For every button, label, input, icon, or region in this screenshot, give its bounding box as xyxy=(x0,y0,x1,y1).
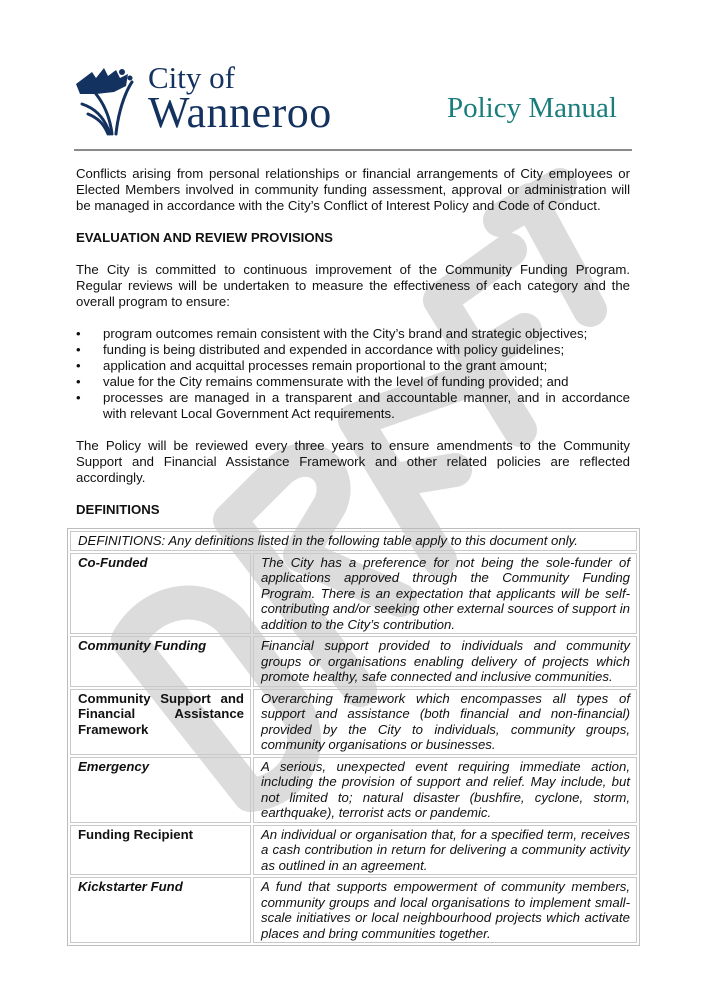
list-item: •program outcomes remain consistent with… xyxy=(76,326,630,342)
document-body: Conflicts arising from personal relation… xyxy=(76,166,630,534)
page-header: City of Wanneroo Policy Manual xyxy=(0,0,706,152)
bullet-icon: • xyxy=(76,326,81,342)
bullet-icon: • xyxy=(76,358,81,374)
definition-term: Funding Recipient xyxy=(70,825,251,876)
list-item: •application and acquittal processes rem… xyxy=(76,358,630,374)
evaluation-paragraph: The City is committed to continuous impr… xyxy=(76,262,630,310)
definition-term: Co-Funded xyxy=(70,553,251,635)
document-title: Policy Manual xyxy=(447,92,617,124)
definition-term: Emergency xyxy=(70,757,251,823)
review-paragraph: The Policy will be reviewed every three … xyxy=(76,438,630,486)
kangaroo-paw-icon xyxy=(74,64,138,136)
conflicts-paragraph: Conflicts arising from personal relation… xyxy=(76,166,630,214)
bullet-icon: • xyxy=(76,374,81,390)
table-caption: DEFINITIONS: Any definitions listed in t… xyxy=(70,531,637,551)
definition-text: A fund that supports empowerment of comm… xyxy=(253,877,637,943)
list-item: •processes are managed in a transparent … xyxy=(76,390,630,422)
table-row: Community Support and Financial Assistan… xyxy=(70,689,637,755)
definition-text: A serious, unexpected event requiring im… xyxy=(253,757,637,823)
list-item: •value for the City remains commensurate… xyxy=(76,374,630,390)
table-row: Funding Recipient An individual or organ… xyxy=(70,825,637,876)
bullet-icon: • xyxy=(76,342,81,358)
table-row: Kickstarter Fund A fund that supports em… xyxy=(70,877,637,943)
definition-text: Overarching framework which encompasses … xyxy=(253,689,637,755)
list-item: •funding is being distributed and expend… xyxy=(76,342,630,358)
bullet-icon: • xyxy=(76,390,81,406)
definition-text: An individual or organisation that, for … xyxy=(253,825,637,876)
evaluation-list: •program outcomes remain consistent with… xyxy=(76,326,630,422)
table-row: Emergency A serious, unexpected event re… xyxy=(70,757,637,823)
definition-term: Community Support and Financial Assistan… xyxy=(70,689,251,755)
logo-line-wanneroo: Wanneroo xyxy=(148,90,332,136)
evaluation-heading: EVALUATION AND REVIEW PROVISIONS xyxy=(76,230,630,246)
definitions-heading: DEFINITIONS xyxy=(76,502,630,518)
city-of-wanneroo-logo: City of Wanneroo xyxy=(74,62,334,138)
definition-text: The City has a preference for not being … xyxy=(253,553,637,635)
table-caption-row: DEFINITIONS: Any definitions listed in t… xyxy=(70,531,637,551)
definition-text: Financial support provided to individual… xyxy=(253,636,637,687)
definition-term: Kickstarter Fund xyxy=(70,877,251,943)
header-divider xyxy=(74,149,632,151)
definition-term: Community Funding xyxy=(70,636,251,687)
table-row: Co-Funded The City has a preference for … xyxy=(70,553,637,635)
definitions-table: DEFINITIONS: Any definitions listed in t… xyxy=(67,528,640,946)
table-row: Community Funding Financial support prov… xyxy=(70,636,637,687)
